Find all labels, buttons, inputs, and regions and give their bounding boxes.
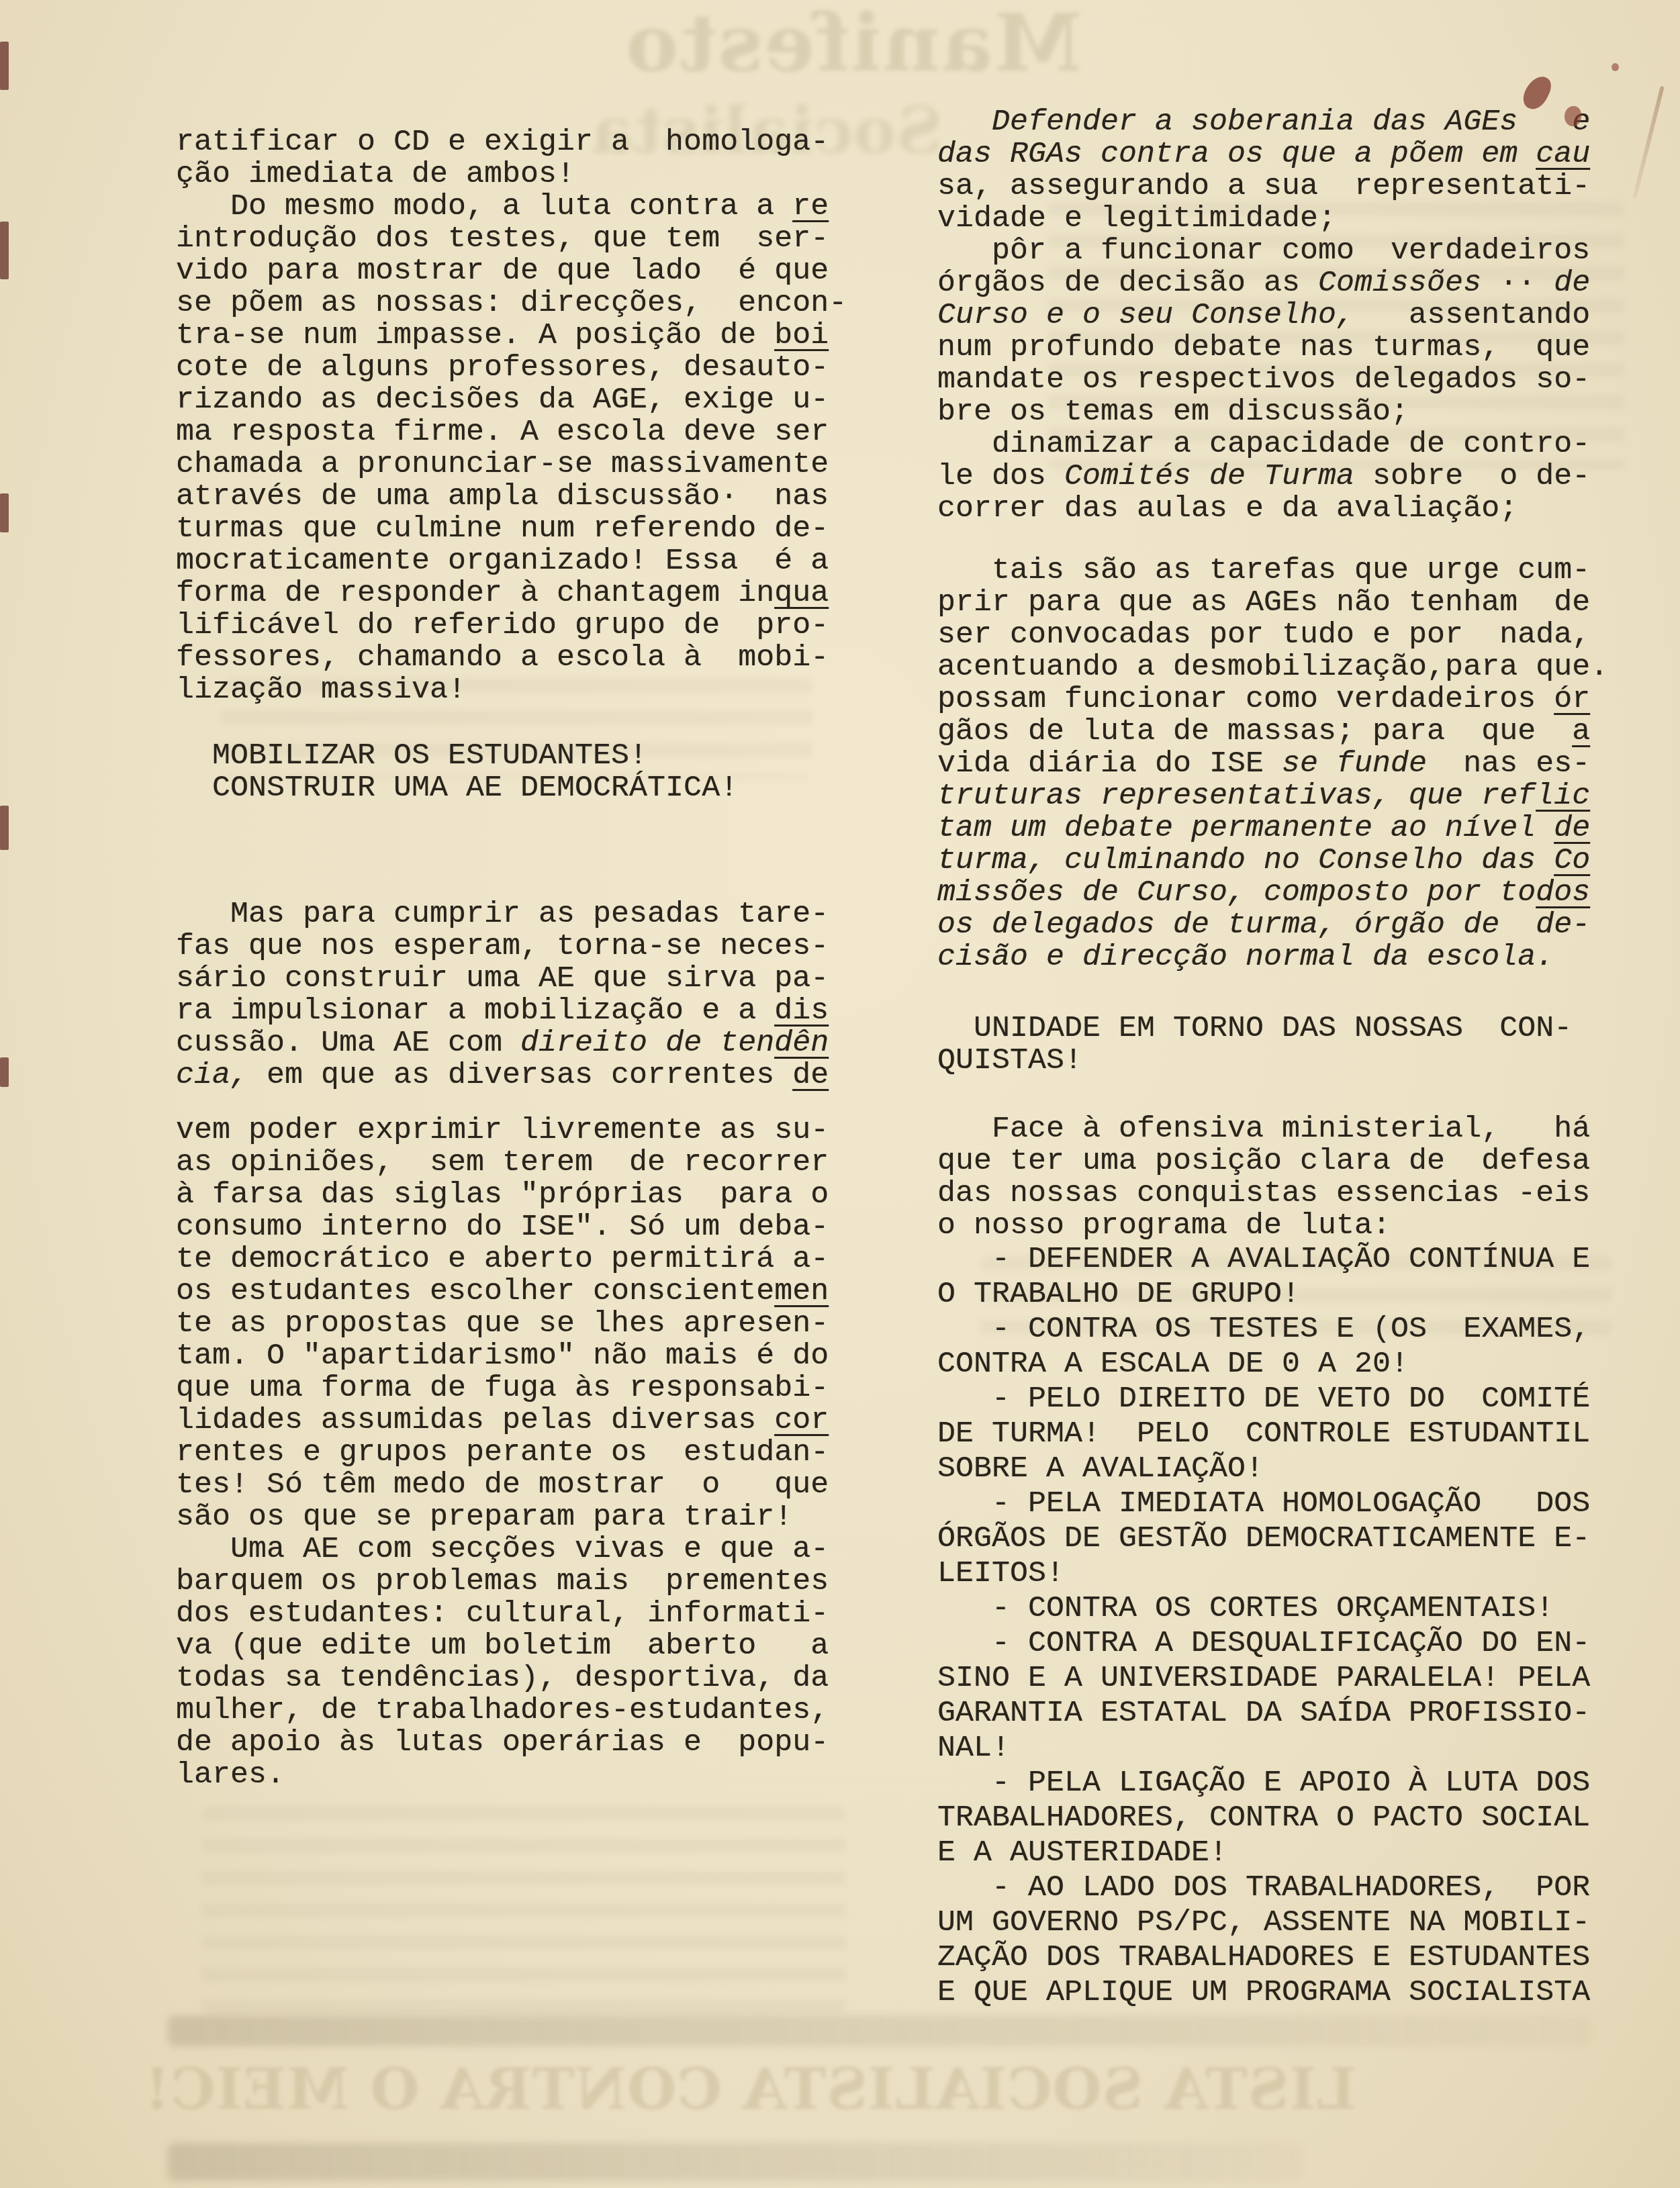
text-line: se põem as nossas: direcções, encon- — [176, 287, 888, 320]
text-line: missões de Curso, composto por todos — [937, 877, 1663, 909]
text-line: Do mesmo modo, a luta contra a re — [176, 191, 888, 223]
text-line: SINO E A UNIVERSIDADE PARALELA! PELA — [937, 1661, 1663, 1696]
text-line: através de uma ampla discussão· nas — [176, 481, 888, 513]
paragraph: - DEFENDER A AVALIAÇÃO CONTÍNUA EO TRABA… — [937, 1242, 1663, 2010]
text-line: as opiniões, sem terem de recorrer — [176, 1147, 888, 1179]
text-line: E QUE APLIQUE UM PROGRAMA SOCIALISTA — [937, 1975, 1663, 2010]
text-line: UNIDADE EM TORNO DAS NOSSAS CON- — [937, 1012, 1663, 1045]
ink-stain — [1612, 63, 1619, 71]
text-line: de apoio às lutas operárias e popu- — [176, 1727, 888, 1759]
text-line: - AO LADO DOS TRABALHADORES, POR — [937, 1870, 1663, 1905]
text-line: DE TURMA! PELO CONTROLE ESTUDANTIL — [937, 1417, 1663, 1452]
gap-spacer — [937, 525, 1663, 555]
ink-stain — [1565, 106, 1581, 126]
text-line: todas sa tendências), desportiva, da — [176, 1662, 888, 1695]
ghost-text-smudge — [201, 1806, 846, 2014]
text-line: mandate os respectivos delegados so- — [937, 364, 1663, 396]
text-line: possam funcionar como verdadeiros ór — [937, 683, 1663, 716]
text-line: - PELA LIGAÇÃO E APOIO À LUTA DOS — [937, 1766, 1663, 1801]
text-line: tam um debate permanente ao nível de — [937, 812, 1663, 845]
text-line: tais são as tarefas que urge cum- — [937, 555, 1663, 587]
text-line: NAL! — [937, 1731, 1663, 1766]
text-line: dos estudantes: cultural, informati- — [176, 1598, 888, 1630]
text-line: GARANTIA ESTATAL DA SAÍDA PROFISSIO- — [937, 1696, 1663, 1731]
text-line: O TRABALHO DE GRUPO! — [937, 1277, 1663, 1312]
text-line: prir para que as AGEs não tenham de — [937, 587, 1663, 619]
text-line: ma resposta firme. A escola deve ser — [176, 416, 888, 448]
text-line: ÓRGÃOS DE GESTÃO DEMOCRATICAMENTE E- — [937, 1521, 1663, 1556]
text-line: Curso e o seu Conselho, assentando — [937, 299, 1663, 332]
text-line: Defender a soberania das AGEs e — [937, 106, 1663, 138]
text-line: CONSTRUIR UMA AE DEMOCRÁTICA! — [176, 772, 888, 804]
text-line: bre os temas em discussão; — [937, 396, 1663, 428]
ghost-title-bleedthrough: Manifesto — [624, 0, 1082, 89]
gap-spacer — [176, 804, 888, 898]
text-line: lização massiva! — [176, 674, 888, 706]
text-line: TRABALHADORES, CONTRA O PACTO SOCIAL — [937, 1801, 1663, 1836]
text-line: sário construir uma AE que sirva pa- — [176, 963, 888, 995]
text-line: CONTRA A ESCALA DE 0 A 20! — [937, 1347, 1663, 1382]
text-line: ser convocadas por tudo e por nada, — [937, 619, 1663, 651]
text-line: vida diária do ISE se funde nas es- — [937, 748, 1663, 780]
text-line: os delegados de turma, órgão de de- — [937, 909, 1663, 941]
text-line: E A AUSTERIDADE! — [937, 1836, 1663, 1870]
section-heading: MOBILIZAR OS ESTUDANTES! CONSTRUIR UMA A… — [176, 740, 888, 804]
document-page: Manifesto Socialista LISTA SOCIALISTA CO… — [0, 0, 1680, 2188]
text-line: que ter uma posição clara de defesa — [937, 1145, 1663, 1178]
text-line: mulher, de trabalhadores-estudantes, — [176, 1695, 888, 1727]
text-line: forma de responder à chantagem inqua — [176, 577, 888, 610]
gap-spacer — [937, 973, 1663, 1012]
text-line: Mas para cumprir as pesadas tare- — [176, 898, 888, 931]
scan-edge-mark — [0, 806, 9, 850]
text-line: tra-se num impasse. A posição de boi — [176, 320, 888, 352]
text-line: rentes e grupos perante os estudan- — [176, 1437, 888, 1469]
text-line: vem poder exprimir livremente as su- — [176, 1114, 888, 1147]
text-line: cisão e direcção normal da escola. — [937, 941, 1663, 973]
scan-edge-mark — [0, 222, 9, 279]
text-line: - PELO DIREITO DE VETO DO COMITÉ — [937, 1382, 1663, 1417]
text-line: LEITOS! — [937, 1556, 1663, 1591]
text-line: consumo interno do ISE". Só um deba- — [176, 1211, 888, 1243]
text-line: - PELA IMEDIATA HOMOLOGAÇÃO DOS — [937, 1486, 1663, 1521]
text-line: fessores, chamando a escola à mobi- — [176, 642, 888, 674]
text-line: das RGAs contra os que a põem em cau — [937, 138, 1663, 171]
scan-edge-mark — [0, 1057, 9, 1087]
ghost-smudge-band — [168, 2015, 1591, 2046]
text-line: órgãos de decisão as Comissões ·· de — [937, 267, 1663, 299]
paragraph: Face à ofensiva ministerial, háque ter u… — [937, 1113, 1663, 1242]
section-heading: UNIDADE EM TORNO DAS NOSSAS CON-QUISTAS! — [937, 1012, 1663, 1077]
scan-edge-mark — [0, 42, 9, 90]
text-line: cia, em que as diversas correntes de — [176, 1059, 888, 1092]
text-line: ZAÇÃO DOS TRABALHADORES E ESTUDANTES — [937, 1940, 1663, 1975]
text-line: vido para mostrar de que lado é que — [176, 255, 888, 287]
ghost-bottom-headline-bleedthrough: LISTA SOCIALISTA CONTRA O MEIC! — [144, 2056, 1356, 2122]
text-line: correr das aulas e da avaliação; — [937, 493, 1663, 525]
gap-spacer — [176, 1092, 888, 1114]
text-line: sa, assegurando a sua representati- — [937, 171, 1663, 203]
text-line: turma, culminando no Conselho das Co — [937, 845, 1663, 877]
text-line: barquem os problemas mais prementes — [176, 1566, 888, 1598]
text-line: acentuando a desmobilização,para que. — [937, 651, 1663, 683]
left-column: ratificar o CD e exigir a homologa-ção i… — [176, 126, 888, 1791]
paragraph: Mas para cumprir as pesadas tare-fas que… — [176, 898, 888, 1092]
text-line: fas que nos esperam, torna-se neces- — [176, 931, 888, 963]
text-line: va (que edite um boletim aberto a — [176, 1630, 888, 1662]
text-line: os estudantes escolher conscientemen — [176, 1276, 888, 1308]
text-line: cote de alguns professores, desauto- — [176, 352, 888, 384]
text-line: Uma AE com secções vivas e que a- — [176, 1533, 888, 1566]
scan-edge-mark — [0, 493, 9, 532]
text-line: dinamizar a capacidade de contro- — [937, 428, 1663, 461]
gap-spacer — [937, 1077, 1663, 1113]
text-line: lificável do referido grupo de pro- — [176, 610, 888, 642]
paragraph: tais são as tarefas que urge cum-prir pa… — [937, 555, 1663, 973]
text-line: QUISTAS! — [937, 1045, 1663, 1077]
text-line: tam. O "apartidarismo" não mais é do — [176, 1340, 888, 1372]
text-line: introdução dos testes, que tem ser- — [176, 223, 888, 255]
text-line: te as propostas que se lhes apresen- — [176, 1308, 888, 1340]
text-line: rizando as decisões da AGE, exige u- — [176, 384, 888, 416]
text-line: lares. — [176, 1759, 888, 1791]
text-line: - DEFENDER A AVALIAÇÃO CONTÍNUA E — [937, 1242, 1663, 1277]
text-line: truturas representativas, que reflic — [937, 780, 1663, 812]
text-line: cussão. Uma AE com direito de tendên — [176, 1027, 888, 1059]
text-line: o nosso programa de luta: — [937, 1210, 1663, 1242]
paragraph: ratificar o CD e exigir a homologa-ção i… — [176, 126, 888, 706]
text-line: são os que se preparam para trair! — [176, 1501, 888, 1533]
text-line: gãos de luta de massas; para que a — [937, 716, 1663, 748]
text-line: à farsa das siglas "próprias para o — [176, 1179, 888, 1211]
paragraph: Defender a soberania das AGEs edas RGAs … — [937, 106, 1663, 525]
text-line: vidade e legitimidade; — [937, 203, 1663, 235]
text-line: chamada a pronunciar-se massivamente — [176, 448, 888, 481]
ghost-smudge-band — [168, 2143, 1303, 2181]
text-line: te democrático e aberto permitirá a- — [176, 1243, 888, 1276]
text-line: UM GOVERNO PS/PC, ASSENTE NA MOBILI- — [937, 1905, 1663, 1940]
text-line: tes! Só têm medo de mostrar o que — [176, 1469, 888, 1501]
text-line: - CONTRA OS CORTES ORÇAMENTAIS! — [937, 1591, 1663, 1626]
text-line: num profundo debate nas turmas, que — [937, 332, 1663, 364]
text-line: mocraticamente organizado! Essa é a — [176, 545, 888, 577]
text-line: das nossas conquistas essencias -eis — [937, 1178, 1663, 1210]
text-line: lidades assumidas pelas diversas cor — [176, 1405, 888, 1437]
text-line: - CONTRA A DESQUALIFICAÇÃO DO EN- — [937, 1626, 1663, 1661]
text-line: turmas que culmine num referendo de- — [176, 513, 888, 545]
text-line: ratificar o CD e exigir a homologa- — [176, 126, 888, 158]
gap-spacer — [176, 706, 888, 740]
text-line: Face à ofensiva ministerial, há — [937, 1113, 1663, 1145]
paragraph: vem poder exprimir livremente as su-as o… — [176, 1114, 888, 1791]
text-line: ra impulsionar a mobilização e a dis — [176, 995, 888, 1027]
text-line: que uma forma de fuga às responsabi- — [176, 1372, 888, 1405]
text-line: - CONTRA OS TESTES E (OS EXAMES, — [937, 1312, 1663, 1347]
text-line: pôr a funcionar como verdadeiros — [937, 235, 1663, 267]
text-line: SOBRE A AVALIAÇÃO! — [937, 1452, 1663, 1486]
right-column: Defender a soberania das AGEs edas RGAs … — [937, 106, 1663, 2010]
text-line: ção imediata de ambos! — [176, 158, 888, 191]
text-line: le dos Comités de Turma sobre o de- — [937, 461, 1663, 493]
text-line: MOBILIZAR OS ESTUDANTES! — [176, 740, 888, 772]
